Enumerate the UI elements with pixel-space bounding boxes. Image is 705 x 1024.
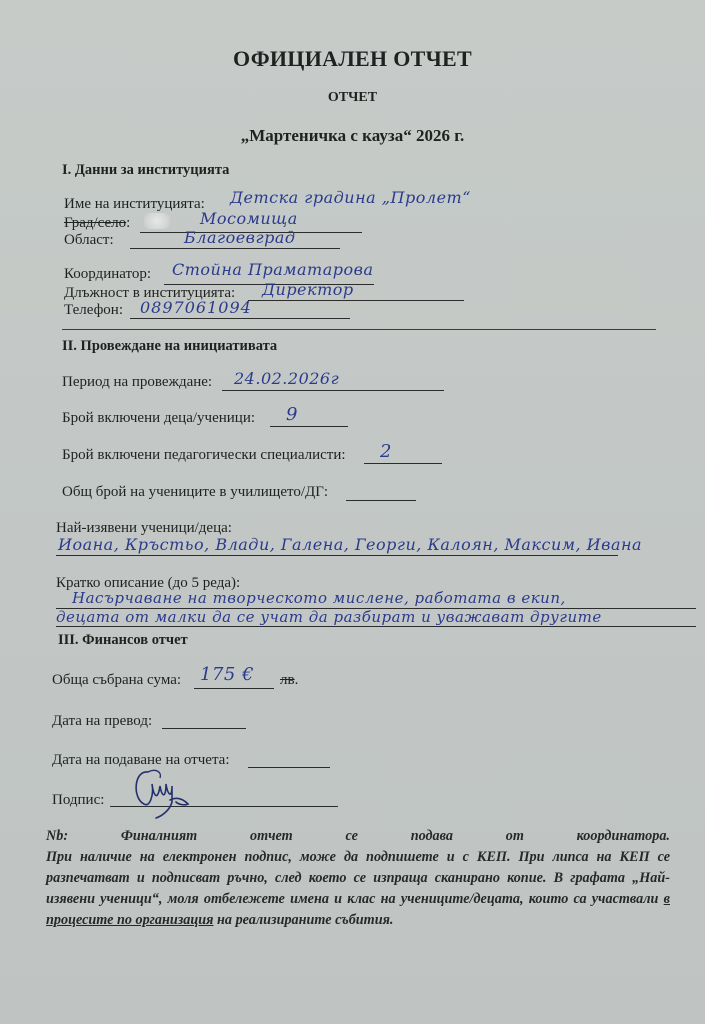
top-students-underline bbox=[56, 555, 618, 556]
document-subtitle: ОТЧЕТ bbox=[0, 90, 705, 106]
coordinator-label: Координатор: bbox=[64, 266, 151, 283]
document-title: ОФИЦИАЛЕН ОТЧЕТ bbox=[0, 46, 705, 72]
teachers-count-underline bbox=[364, 463, 442, 464]
region-label: Област: bbox=[64, 232, 114, 249]
region-underline bbox=[130, 248, 340, 249]
sum-unit: лв. bbox=[280, 672, 298, 689]
sum-value[interactable]: 175 € bbox=[200, 664, 254, 685]
teachers-count-value[interactable]: 2 bbox=[380, 441, 392, 462]
phone-underline bbox=[130, 318, 350, 319]
town-label-struck: Град/село bbox=[64, 215, 126, 231]
sum-underline bbox=[194, 688, 274, 689]
phone-value[interactable]: 0897061094 bbox=[140, 298, 252, 317]
redacted-mark bbox=[144, 213, 170, 229]
section-finance-heading: III. Финансов отчет bbox=[58, 632, 188, 649]
instructions-note: Nb: Финалният отчет се подава от координ… bbox=[46, 826, 670, 931]
signature-label: Подпис: bbox=[52, 792, 104, 809]
teachers-count-label: Брой включени педагогически специалисти: bbox=[62, 447, 346, 464]
description-line-1[interactable]: Насърчаване на творческото мислене, рабо… bbox=[72, 589, 566, 607]
transfer-date-label: Дата на превод: bbox=[52, 713, 152, 730]
town-label: Град/село: bbox=[64, 215, 130, 232]
top-students-value[interactable]: Иоана, Кръстьо, Влади, Галена, Георги, К… bbox=[58, 535, 642, 554]
signature-mark bbox=[126, 764, 206, 820]
sum-label: Обща събрана сума: bbox=[52, 672, 181, 689]
position-underline bbox=[248, 300, 464, 301]
institution-label: Име на институцията: bbox=[64, 196, 205, 213]
children-count-label: Брой включени деца/ученици: bbox=[62, 410, 255, 427]
region-value[interactable]: Благоевград bbox=[184, 228, 296, 247]
note-body: При наличие на електронен подпис, може д… bbox=[46, 847, 670, 931]
description-line-2[interactable]: децата от малки да се учат да разбират и… bbox=[56, 608, 602, 626]
campaign-title: „Мартеничка с кауза“ 2026 г. bbox=[0, 126, 705, 146]
section-divider bbox=[62, 329, 656, 330]
submit-date-underline bbox=[248, 767, 330, 768]
coordinator-value[interactable]: Стойна Праматарова bbox=[172, 260, 374, 279]
note-line-1: Nb: Финалният отчет се подава от координ… bbox=[46, 826, 670, 847]
institution-value[interactable]: Детска градина „Пролет“ bbox=[230, 188, 471, 207]
town-value[interactable]: Мосомища bbox=[200, 209, 298, 228]
transfer-date-underline bbox=[162, 728, 246, 729]
total-students-underline bbox=[346, 500, 416, 501]
total-students-label: Общ брой на учениците в училището/ДГ: bbox=[62, 484, 328, 501]
period-underline bbox=[222, 390, 444, 391]
period-value[interactable]: 24.02.2026г bbox=[234, 369, 339, 388]
section-institution-heading: I. Данни за институцията bbox=[62, 162, 229, 179]
description-underline-2 bbox=[56, 626, 696, 627]
children-count-value[interactable]: 9 bbox=[286, 404, 298, 425]
section-initiative-heading: II. Провеждане на инициативата bbox=[62, 338, 277, 355]
period-label: Период на провеждане: bbox=[62, 374, 212, 391]
children-count-underline bbox=[270, 426, 348, 427]
phone-label: Телефон: bbox=[64, 302, 123, 319]
position-value[interactable]: Директор bbox=[262, 280, 354, 299]
